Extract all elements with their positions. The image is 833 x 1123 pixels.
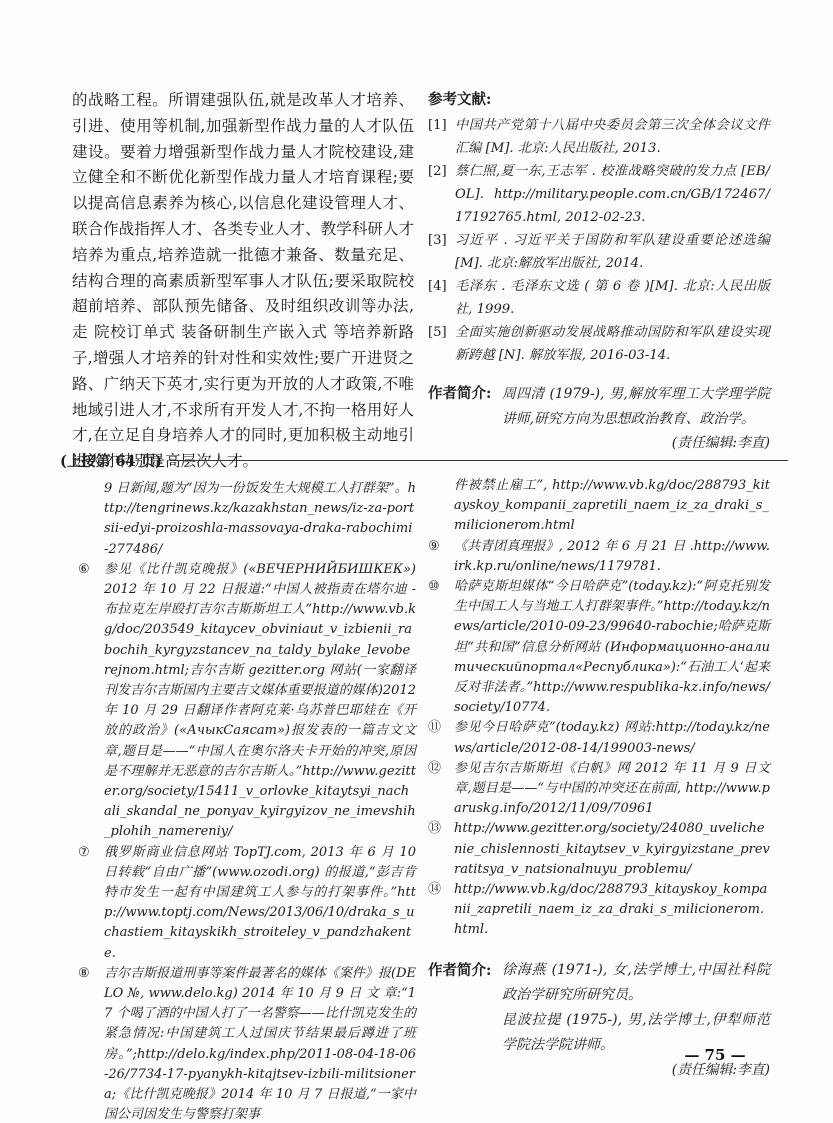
- reference-number: [4]: [428, 275, 447, 298]
- footnote-text: http://www.gezitter.org/society/24080_uv…: [454, 821, 770, 876]
- divider-rule: [170, 460, 788, 461]
- journal-page: 的战略工程。所谓建强队伍,就是改革人才培养、引进、使用等机制,加强新型作战力量的…: [0, 0, 833, 1123]
- footnote-item: ⑥ 参见《比什凯克晚报》(«ВЕЧЕРНИЙБИШКЕК») 2012 年 10…: [78, 560, 416, 843]
- footnote-number: ⑩: [428, 577, 440, 597]
- reference-item: [5] 全面实施创新驱动发展战略推动国防和军队建设实现新跨越 [N]. 解放军报…: [428, 321, 770, 367]
- reference-number: [5]: [428, 321, 447, 344]
- footnote-text: 参见《比什凯克晚报》(«ВЕЧЕРНИЙБИШКЕК») 2012 年 10 月…: [104, 562, 416, 840]
- footnote-number: ⑨: [428, 537, 440, 557]
- footnote-text: 件被禁止雇工”, http://www.vb.kg/doc/288793_kit…: [454, 478, 770, 533]
- footnote-number: ⑥: [78, 560, 90, 580]
- author-bio-label: 作者简介:: [428, 382, 491, 407]
- continued-from-divider: (上接第 64 页): [60, 450, 788, 471]
- reference-item: [1] 中国共产党第十八届中央委员会第三次全体会议文件汇编 [M]. 北京:人民…: [428, 114, 770, 160]
- author-bio-text: 周四清 (1979-), 男,解放军理工大学理学院讲师,研究方向为思想政治教育、…: [502, 386, 770, 427]
- reference-number: [2]: [428, 160, 447, 183]
- footnote-text: 《共青团真理报》, 2012 年 6 月 21 日 .http://www.ir…: [454, 539, 770, 574]
- footnote-item: ⑭ http://www.vb.kg/doc/288793_kitayskoy_…: [428, 880, 770, 941]
- reference-text: 蔡仁照,夏一东,王志军 . 校准战略突破的发力点 [EB/OL]. http:/…: [455, 164, 770, 225]
- footnote-item: ⑧ 吉尔吉斯报道刑事等案件最著名的媒体《案件》报(DELO №, www.del…: [78, 964, 416, 1123]
- page-number: — 75 —: [640, 1046, 790, 1064]
- footnotes-right-column: 件被禁止雇工”, http://www.vb.kg/doc/288793_kit…: [428, 476, 770, 1082]
- continued-from-label: (上接第 64 页): [60, 450, 170, 471]
- footnote-number: ⑫: [428, 759, 441, 779]
- references-list: [1] 中国共产党第十八届中央委员会第三次全体会议文件汇编 [M]. 北京:人民…: [428, 114, 770, 367]
- footnote-item: ⑪ 参见今日哈萨克”(today.kz) 网站:http://today.kz/…: [428, 718, 770, 758]
- footnote-text: 俄罗斯商业信息网站 TopTJ.com, 2013 年 6 月 10 日转载“自…: [104, 845, 416, 961]
- author-bio-label: 作者简介:: [428, 958, 491, 983]
- footnote-number: ⑦: [78, 843, 90, 863]
- author-bio-entry: 徐海燕 (1971-), 女,法学博士,中国社科院政治学研究所研究员。: [502, 958, 770, 1008]
- reference-number: [1]: [428, 114, 447, 137]
- reference-text: 毛泽东 . 毛泽东文选 ( 第 6 卷 )[M]. 北京:人民出版社, 1999…: [455, 279, 770, 317]
- footnote-item: ⑫ 参见吉尔吉斯斯坦《白帆》网 2012 年 11 月 9 日文章,题目是——“…: [428, 759, 770, 820]
- author-bio-top: 作者简介: 周四清 (1979-), 男,解放军理工大学理学院讲师,研究方向为思…: [428, 382, 770, 456]
- article-body-paragraph: 的战略工程。所谓建强队伍,就是改革人才培养、引进、使用等机制,加强新型作战力量的…: [72, 88, 414, 475]
- footnotes-left-column: 9 日新闻,题为“因为一份饭发生大规模工人打群架”。http://tengrin…: [78, 479, 416, 1123]
- reference-item: [2] 蔡仁照,夏一东,王志军 . 校准战略突破的发力点 [EB/OL]. ht…: [428, 160, 770, 229]
- footnote-text: http://www.vb.kg/doc/288793_kitayskoy_ko…: [454, 882, 767, 937]
- references-heading: 参考文献:: [428, 88, 770, 111]
- references-column: 参考文献: [1] 中国共产党第十八届中央委员会第三次全体会议文件汇编 [M].…: [428, 88, 770, 456]
- footnote-text: 哈萨克斯坦媒体“今日哈萨克”(today.kz):“阿克托别发生中国工人与当地工…: [454, 579, 770, 715]
- reference-number: [3]: [428, 229, 447, 252]
- footnote-text: 参见吉尔吉斯斯坦《白帆》网 2012 年 11 月 9 日文章,题目是——“与中…: [454, 761, 770, 816]
- footnote-text: 参见今日哈萨克”(today.kz) 网站:http://today.kz/ne…: [454, 720, 770, 755]
- reference-text: 全面实施创新驱动发展战略推动国防和军队建设实现新跨越 [N]. 解放军报, 20…: [455, 325, 770, 363]
- footnote-text: 9 日新闻,题为“因为一份饭发生大规模工人打群架”。http://tengrin…: [104, 481, 416, 557]
- footnotes-right-list: 件被禁止雇工”, http://www.vb.kg/doc/288793_kit…: [428, 476, 770, 941]
- footnote-number: ⑧: [78, 964, 90, 984]
- footnote-number: ⑬: [428, 819, 441, 839]
- footnote-item: ⑦ 俄罗斯商业信息网站 TopTJ.com, 2013 年 6 月 10 日转载…: [78, 843, 416, 964]
- reference-item: [4] 毛泽东 . 毛泽东文选 ( 第 6 卷 )[M]. 北京:人民出版社, …: [428, 275, 770, 321]
- footnote-item: 件被禁止雇工”, http://www.vb.kg/doc/288793_kit…: [428, 476, 770, 537]
- footnote-text: 吉尔吉斯报道刑事等案件最著名的媒体《案件》报(DELO №, www.delo.…: [104, 966, 416, 1122]
- footnote-number: ⑭: [428, 880, 441, 900]
- footnote-number: ⑪: [428, 718, 441, 738]
- reference-item: [3] 习近平 . 习近平关于国防和军队建设重要论述选编 [M]. 北京:解放军…: [428, 229, 770, 275]
- reference-text: 中国共产党第十八届中央委员会第三次全体会议文件汇编 [M]. 北京:人民出版社,…: [455, 118, 770, 156]
- reference-text: 习近平 . 习近平关于国防和军队建设重要论述选编 [M]. 北京:解放军出版社,…: [455, 233, 770, 271]
- footnote-item: ⑨ 《共青团真理报》, 2012 年 6 月 21 日 .http://www.…: [428, 537, 770, 577]
- footnote-item: ⑬ http://www.gezitter.org/society/24080_…: [428, 819, 770, 880]
- footnote-item: 9 日新闻,题为“因为一份饭发生大规模工人打群架”。http://tengrin…: [78, 479, 416, 560]
- footnote-item: ⑩ 哈萨克斯坦媒体“今日哈萨克”(today.kz):“阿克托别发生中国工人与当…: [428, 577, 770, 718]
- author-bio-entries: 徐海燕 (1971-), 女,法学博士,中国社科院政治学研究所研究员。 昆波拉提…: [502, 958, 770, 1058]
